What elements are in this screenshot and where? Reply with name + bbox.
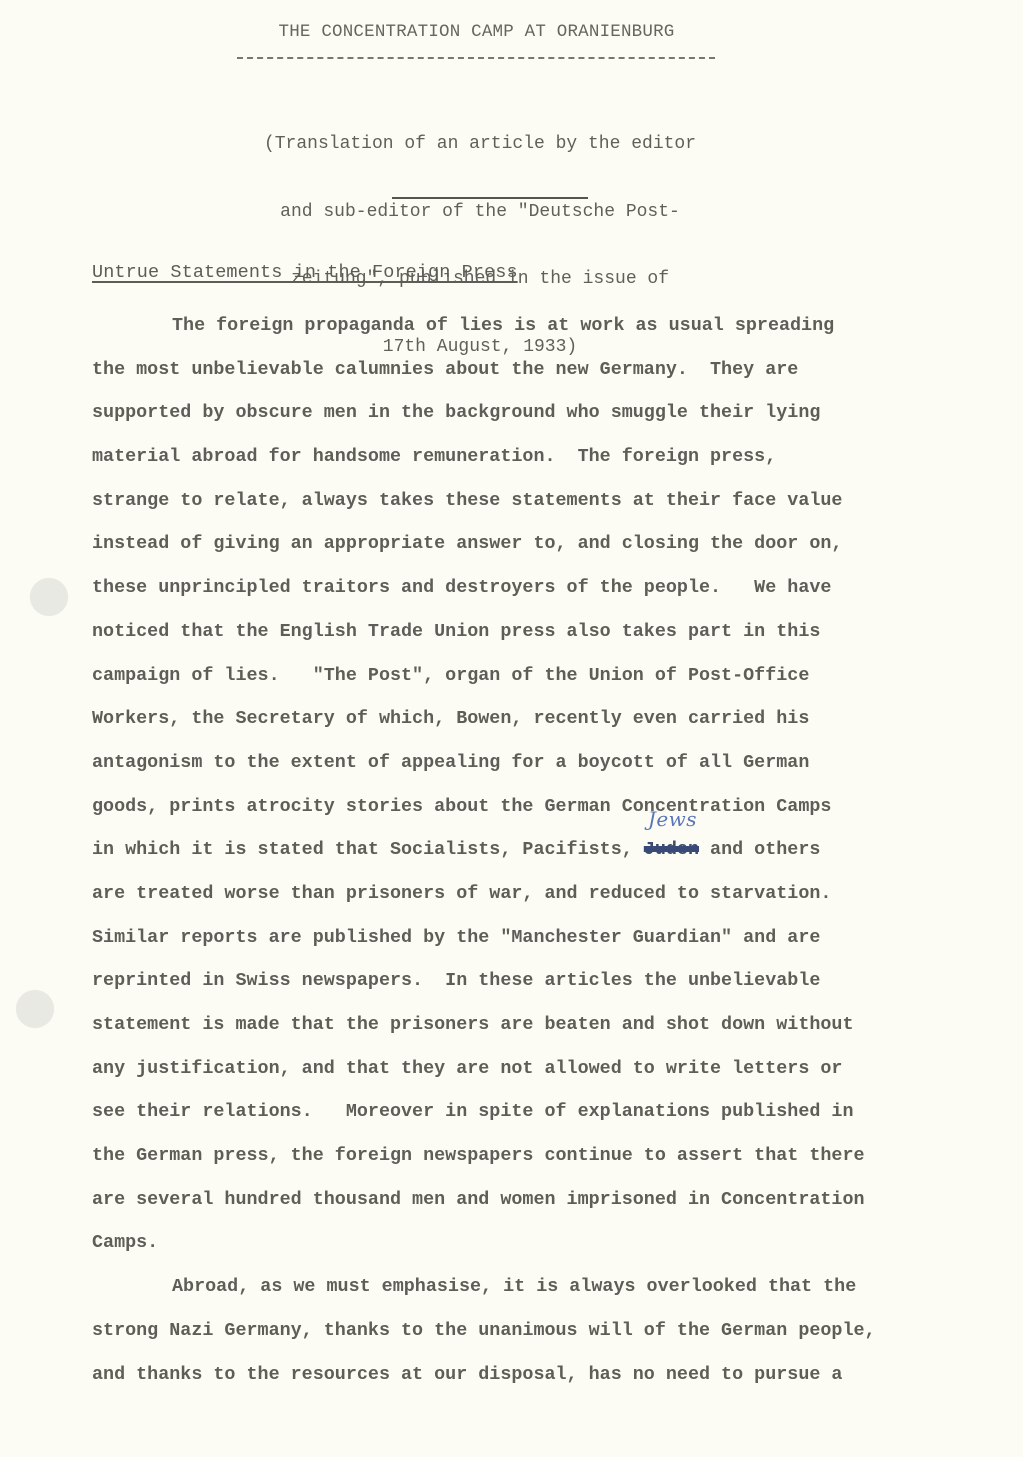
text-line: are several hundred thousand men and wom… [92, 1178, 1012, 1222]
subtitle-separator-rule [392, 197, 588, 199]
punch-hole-upper [30, 578, 68, 616]
text-line: antagonism to the extent of appealing fo… [92, 741, 1012, 785]
subtitle-line: and sub-editor of the "Deutsche Post- [200, 201, 760, 224]
text-line: instead of giving an appropriate answer … [92, 522, 1012, 566]
text-line: campaign of lies. "The Post", organ of t… [92, 654, 1012, 698]
text-line: the German press, the foreign newspapers… [92, 1134, 1012, 1178]
paragraph: Abroad, as we must emphasise, it is alwa… [92, 1265, 1012, 1396]
document-page: THE CONCENTRATION CAMP AT ORANIENBURG (T… [0, 0, 1023, 1457]
text-line: reprinted in Swiss newspapers. In these … [92, 959, 1012, 1003]
body-text: The foreign propaganda of lies is at wor… [92, 304, 1012, 1396]
text-line: strong Nazi Germany, thanks to the unani… [92, 1309, 1012, 1353]
text-line: Similar reports are published by the "Ma… [92, 916, 1012, 960]
text-line: The foreign propaganda of lies is at wor… [92, 304, 1012, 348]
text-line: in which it is stated that Socialists, P… [92, 828, 1012, 872]
text-line: statement is made that the prisoners are… [92, 1003, 1012, 1047]
text-line: Camps. [92, 1221, 1012, 1265]
text-line: the most unbelievable calumnies about th… [92, 348, 1012, 392]
text-line: goods, prints atrocity stories about the… [92, 785, 1012, 829]
text-line: material abroad for handsome remuneratio… [92, 435, 1012, 479]
paragraph: The foreign propaganda of lies is at wor… [92, 304, 1012, 1265]
text-line: noticed that the English Trade Union pre… [92, 610, 1012, 654]
struck-through-word: Juden [644, 839, 699, 860]
text-line: Workers, the Secretary of which, Bowen, … [92, 697, 1012, 741]
text-line: any justification, and that they are not… [92, 1047, 1012, 1091]
text-line: Abroad, as we must emphasise, it is alwa… [92, 1265, 1012, 1309]
subtitle-line: (Translation of an article by the editor [200, 133, 760, 156]
text-line: strange to relate, always takes these st… [92, 479, 1012, 523]
handwritten-word: Jews [648, 798, 697, 842]
text-line: and thanks to the resources at our dispo… [92, 1353, 1012, 1397]
document-title: THE CONCENTRATION CAMP AT ORANIENBURG [0, 22, 953, 42]
title-dashed-rule [237, 57, 715, 59]
text-line: supported by obscure men in the backgrou… [92, 391, 1012, 435]
text-line: are treated worse than prisoners of war,… [92, 872, 1012, 916]
section-heading: Untrue Statements in the Foreign Press [92, 262, 518, 283]
text-line: these unprincipled traitors and destroye… [92, 566, 1012, 610]
handwritten-correction: JudenJews [644, 828, 699, 872]
text-line: see their relations. Moreover in spite o… [92, 1090, 1012, 1134]
punch-hole-lower [16, 990, 54, 1028]
